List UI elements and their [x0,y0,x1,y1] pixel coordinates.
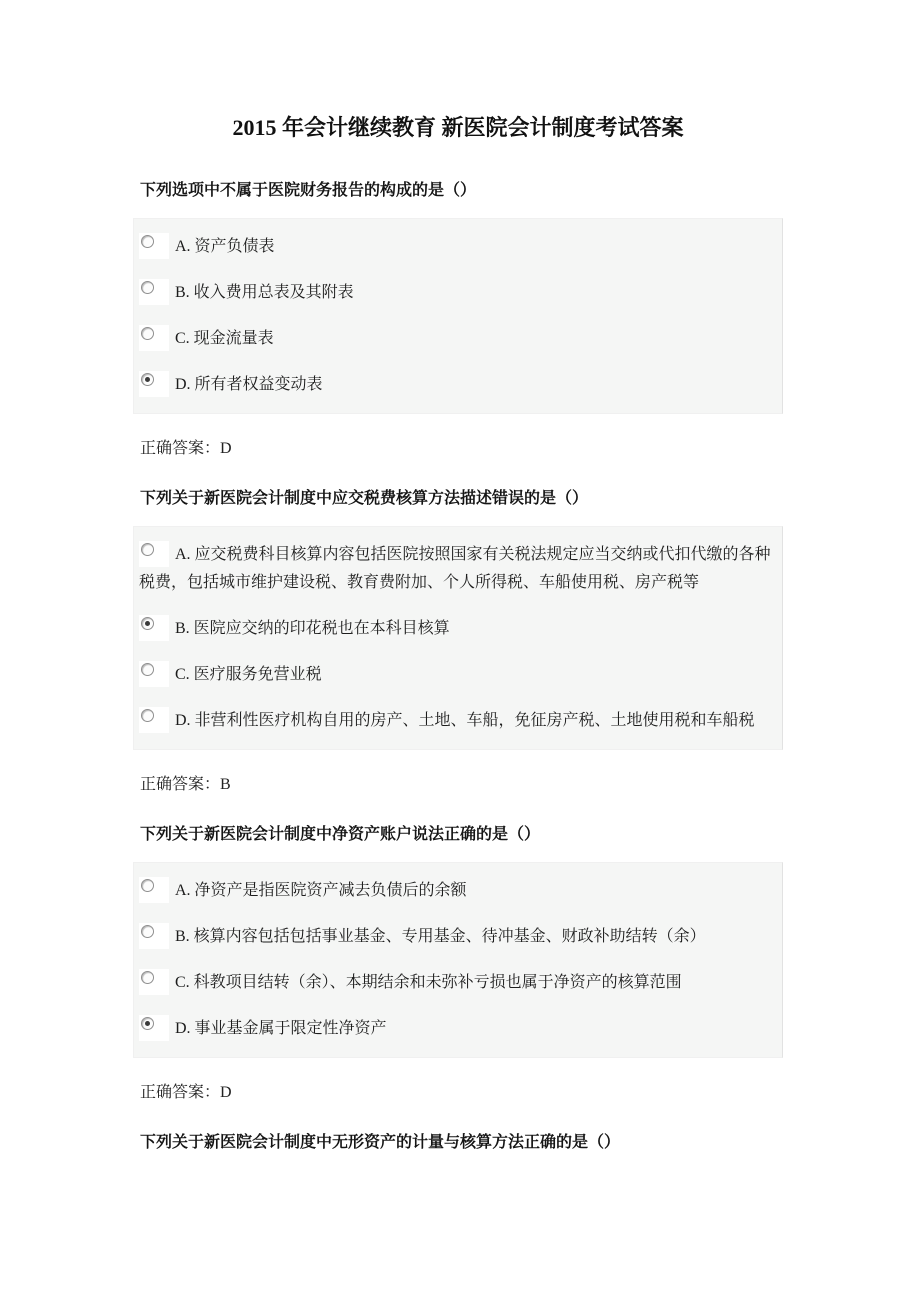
page-title: 2015 年会计继续教育 新医院会计制度考试答案 [133,112,783,144]
radio-button[interactable] [139,541,169,567]
correct-answer-value: D [220,440,232,457]
radio-button[interactable] [139,969,169,995]
radio-icon [141,1017,154,1030]
radio-icon [141,879,154,892]
radio-icon [141,543,154,556]
option-label: C. 医疗服务免营业税 [175,666,322,683]
radio-button[interactable] [139,233,169,259]
option-row[interactable]: A. 资产负债表 [139,233,772,261]
options-group: A. 净资产是指医院资产减去负债后的余额 B. 核算内容包括包括事业基金、专用基… [133,862,783,1058]
correct-answer-label: 正确答案： [140,776,220,793]
question-block-3: 下列关于新医院会计制度中净资产账户说法正确的是（） A. 净资产是指医院资产减去… [133,824,783,1104]
radio-button[interactable] [139,923,169,949]
options-group: A. 应交税费科目核算内容包括医院按照国家有关税法规定应当交纳或代扣代缴的各种税… [133,526,783,750]
radio-button[interactable] [139,325,169,351]
option-row[interactable]: A. 净资产是指医院资产减去负债后的余额 [139,877,772,905]
correct-answer-value: B [220,776,231,793]
radio-button[interactable] [139,371,169,397]
option-label: D. 非营利性医疗机构自用的房产、土地、车船，免征房产税、土地使用税和车船税 [175,712,755,729]
option-row[interactable]: A. 应交税费科目核算内容包括医院按照国家有关税法规定应当交纳或代扣代缴的各种税… [139,541,772,597]
radio-icon [141,373,154,386]
radio-button[interactable] [139,615,169,641]
option-label: C. 科教项目结转（余）、本期结余和未弥补亏损也属于净资产的核算范围 [175,974,682,991]
option-row[interactable]: D. 所有者权益变动表 [139,371,772,399]
question-block-1: 下列选项中不属于医院财务报告的构成的是（） A. 资产负债表 B. 收入费用总表… [133,180,783,460]
radio-icon [141,617,154,630]
radio-icon [141,709,154,722]
option-row[interactable]: C. 现金流量表 [139,325,772,353]
options-group: A. 资产负债表 B. 收入费用总表及其附表 C. 现金流量表 D. 所有者权益… [133,218,783,414]
correct-answer-line: 正确答案：D [140,1082,783,1104]
radio-icon [141,235,154,248]
option-label: A. 净资产是指医院资产减去负债后的余额 [175,882,467,899]
question-heading: 下列关于新医院会计制度中净资产账户说法正确的是（） [140,824,783,846]
option-label: B. 核算内容包括包括事业基金、专用基金、待冲基金、财政补助结转（余） [175,928,706,945]
option-label: A. 应交税费科目核算内容包括医院按照国家有关税法规定应当交纳或代扣代缴的各种税… [139,546,771,591]
option-row[interactable]: C. 医疗服务免营业税 [139,661,772,689]
document-page: 2015 年会计继续教育 新医院会计制度考试答案 下列选项中不属于医院财务报告的… [0,0,920,1302]
option-label: D. 所有者权益变动表 [175,376,323,393]
question-block-2: 下列关于新医院会计制度中应交税费核算方法描述错误的是（） A. 应交税费科目核算… [133,488,783,796]
radio-icon [141,663,154,676]
option-row[interactable]: B. 收入费用总表及其附表 [139,279,772,307]
radio-button[interactable] [139,279,169,305]
question-heading: 下列选项中不属于医院财务报告的构成的是（） [140,180,783,202]
option-row[interactable]: C. 科教项目结转（余）、本期结余和未弥补亏损也属于净资产的核算范围 [139,969,772,997]
option-label: B. 收入费用总表及其附表 [175,284,354,301]
option-label: C. 现金流量表 [175,330,274,347]
option-label: B. 医院应交纳的印花税也在本科目核算 [175,620,450,637]
question-block-4: 下列关于新医院会计制度中无形资产的计量与核算方法正确的是（） [133,1132,783,1154]
option-row[interactable]: D. 事业基金属于限定性净资产 [139,1015,772,1043]
radio-icon [141,327,154,340]
radio-icon [141,925,154,938]
radio-button[interactable] [139,1015,169,1041]
correct-answer-label: 正确答案： [140,440,220,457]
correct-answer-line: 正确答案：B [140,774,783,796]
correct-answer-line: 正确答案：D [140,438,783,460]
option-row[interactable]: D. 非营利性医疗机构自用的房产、土地、车船，免征房产税、土地使用税和车船税 [139,707,772,735]
correct-answer-label: 正确答案： [140,1084,220,1101]
question-heading: 下列关于新医院会计制度中无形资产的计量与核算方法正确的是（） [140,1132,783,1154]
question-heading: 下列关于新医院会计制度中应交税费核算方法描述错误的是（） [140,488,783,510]
radio-button[interactable] [139,707,169,733]
option-row[interactable]: B. 核算内容包括包括事业基金、专用基金、待冲基金、财政补助结转（余） [139,923,772,951]
option-label: A. 资产负债表 [175,238,275,255]
option-row[interactable]: B. 医院应交纳的印花税也在本科目核算 [139,615,772,643]
option-label: D. 事业基金属于限定性净资产 [175,1020,387,1037]
correct-answer-value: D [220,1084,232,1101]
radio-button[interactable] [139,877,169,903]
radio-icon [141,971,154,984]
radio-button[interactable] [139,661,169,687]
radio-icon [141,281,154,294]
